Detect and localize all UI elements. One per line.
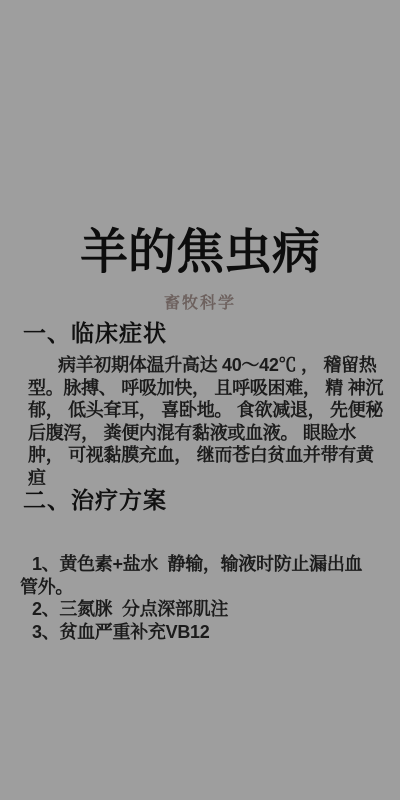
treatment-list: 1、黄色素+盐水 静输，输液时防止漏出血管外。 2、三氮脒 分点深部肌注 3、贫… (20, 553, 378, 643)
paragraph-line: 后腹泻， 粪便内混有黏液或血液。 眼睑水 (28, 422, 388, 445)
treatment-item: 3、贫血严重补充VB12 (20, 621, 378, 644)
paragraph-line: 疸 (28, 467, 388, 490)
paragraph-line: 病羊初期体温升高达 40～42℃ ， 稽留热 (28, 354, 388, 377)
treatment-item: 1、黄色素+盐水 静输，输液时防止漏出血管外。 (20, 553, 378, 598)
treatment-item: 2、三氮脒 分点深部肌注 (20, 598, 378, 621)
slide: 羊的焦虫病 畜牧科学 一、临床症状 病羊初期体温升高达 40～42℃ ， 稽留热… (0, 0, 400, 800)
paragraph-line: 郁， 低头耷耳， 喜卧地。 食欲减退， 先便秘 (28, 399, 388, 422)
paragraph-line: 肿， 可视黏膜充血， 继而苍白贫血并带有黄 (28, 444, 388, 467)
clinical-symptoms-paragraph: 病羊初期体温升高达 40～42℃ ， 稽留热 型。脉搏、 呼吸加快， 且呼吸困难… (28, 354, 388, 489)
section-heading-clinical-symptoms: 一、临床症状 (23, 320, 167, 347)
paragraph-line: 型。脉搏、 呼吸加快， 且呼吸困难， 精 神沉 (28, 377, 388, 400)
subtitle: 畜牧科学 (0, 294, 400, 314)
page-title: 羊的焦虫病 (0, 225, 400, 281)
section-heading-treatment-plan: 二、治疗方案 (23, 487, 167, 514)
